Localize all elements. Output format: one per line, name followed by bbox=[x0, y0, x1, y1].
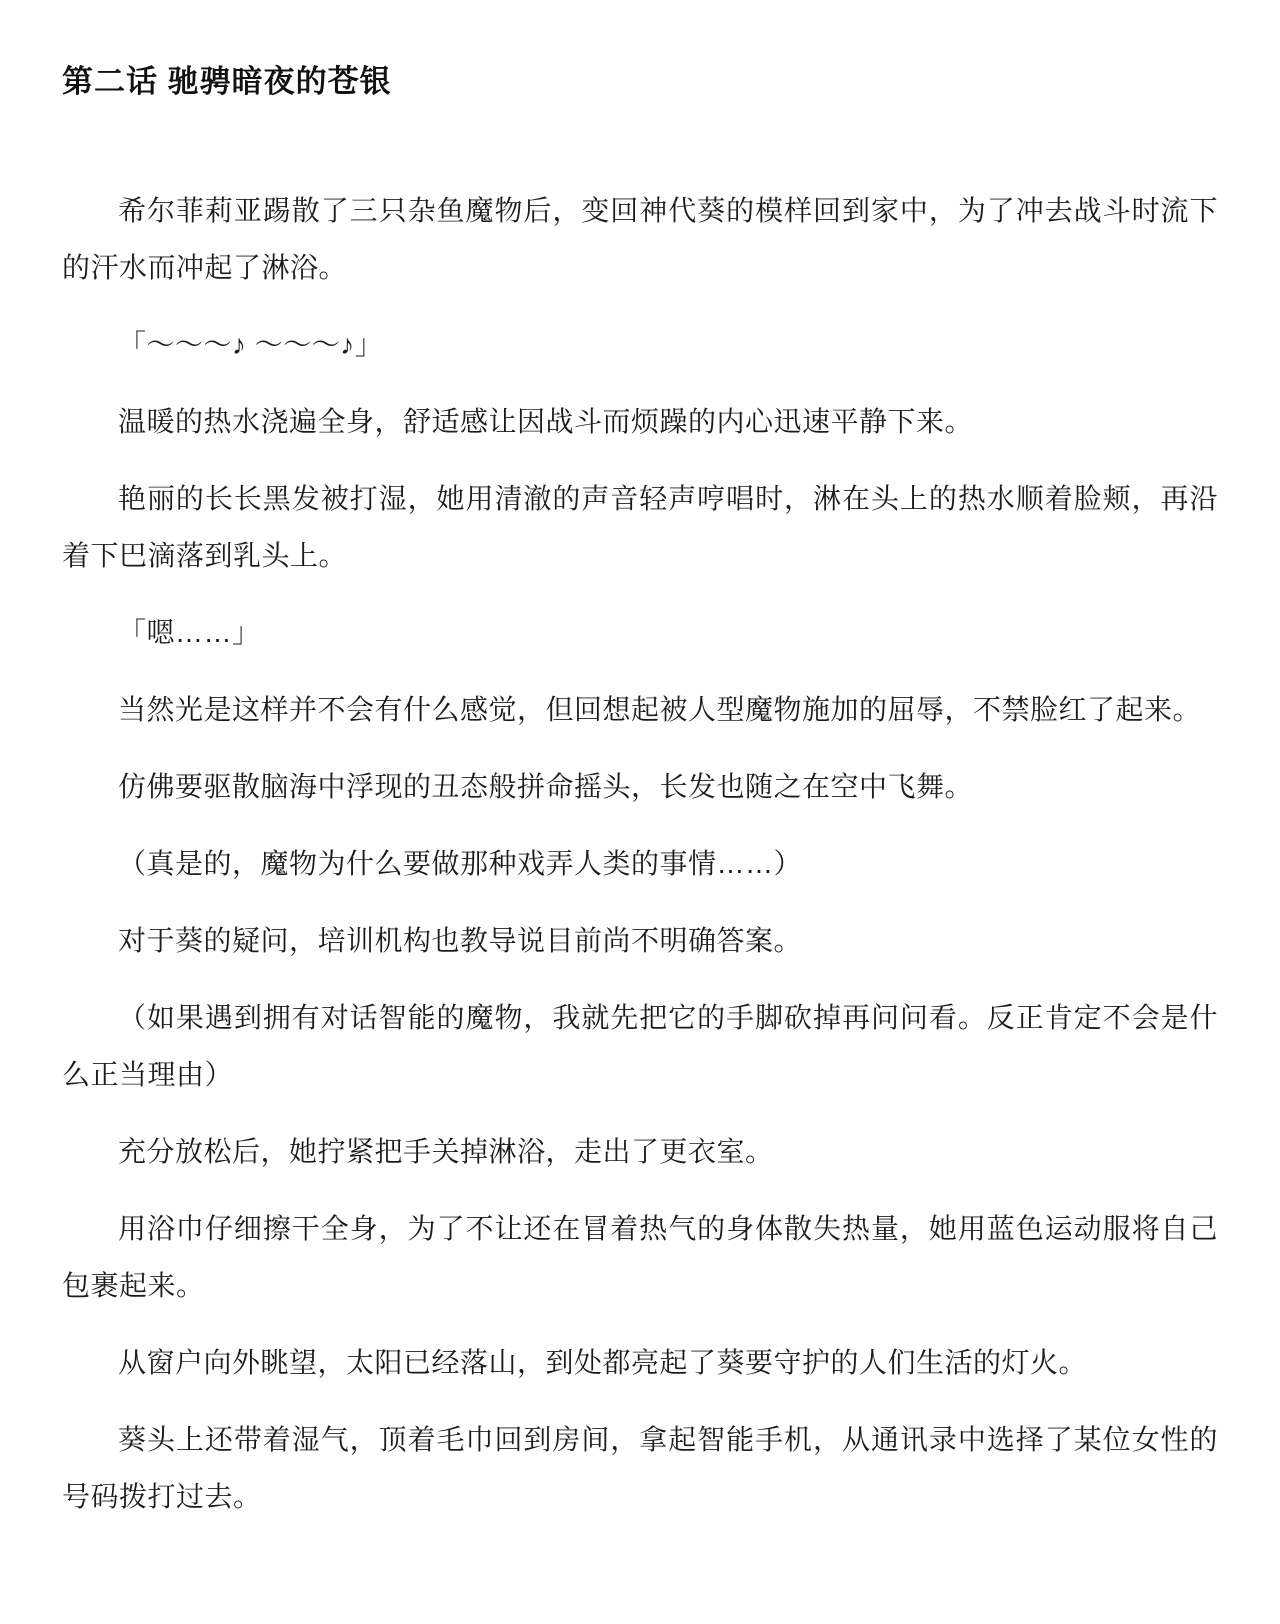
paragraph: （如果遇到拥有对话智能的魔物，我就先把它的手脚砍掉再问问看。反正肯定不会是什么正… bbox=[62, 989, 1218, 1103]
document-body: 希尔菲莉亚踢散了三只杂鱼魔物后，变回神代葵的模样回到家中，为了冲去战斗时流下的汗… bbox=[62, 182, 1218, 1525]
paragraph: 温暖的热水浇遍全身，舒适感让因战斗而烦躁的内心迅速平静下来。 bbox=[62, 393, 1218, 450]
paragraph: 用浴巾仔细擦干全身，为了不让还在冒着热气的身体散失热量，她用蓝色运动服将自己包裹… bbox=[62, 1200, 1218, 1314]
paragraph: 艳丽的长长黑发被打湿，她用清澈的声音轻声哼唱时，淋在头上的热水顺着脸颊，再沿着下… bbox=[62, 470, 1218, 584]
paragraph: 「嗯……」 bbox=[62, 604, 1218, 661]
paragraph: 希尔菲莉亚踢散了三只杂鱼魔物后，变回神代葵的模样回到家中，为了冲去战斗时流下的汗… bbox=[62, 182, 1218, 296]
document-page: 第二话 驰骋暗夜的苍银 希尔菲莉亚踢散了三只杂鱼魔物后，变回神代葵的模样回到家中… bbox=[0, 0, 1280, 1624]
paragraph: 对于葵的疑问，培训机构也教导说目前尚不明确答案。 bbox=[62, 912, 1218, 969]
paragraph: 从窗户向外眺望，太阳已经落山，到处都亮起了葵要守护的人们生活的灯火。 bbox=[62, 1334, 1218, 1391]
paragraph: 葵头上还带着湿气，顶着毛巾回到房间，拿起智能手机，从通讯录中选择了某位女性的号码… bbox=[62, 1411, 1218, 1525]
paragraph: 仿佛要驱散脑海中浮现的丑态般拼命摇头，长发也随之在空中飞舞。 bbox=[62, 758, 1218, 815]
paragraph: 「～～～♪ ～～～♪」 bbox=[62, 316, 1218, 373]
paragraph: （真是的，魔物为什么要做那种戏弄人类的事情……） bbox=[62, 835, 1218, 892]
paragraph: 当然光是这样并不会有什么感觉，但回想起被人型魔物施加的屈辱，不禁脸红了起来。 bbox=[62, 681, 1218, 738]
chapter-title: 第二话 驰骋暗夜的苍银 bbox=[62, 62, 1218, 102]
paragraph: 充分放松后，她拧紧把手关掉淋浴，走出了更衣室。 bbox=[62, 1123, 1218, 1180]
